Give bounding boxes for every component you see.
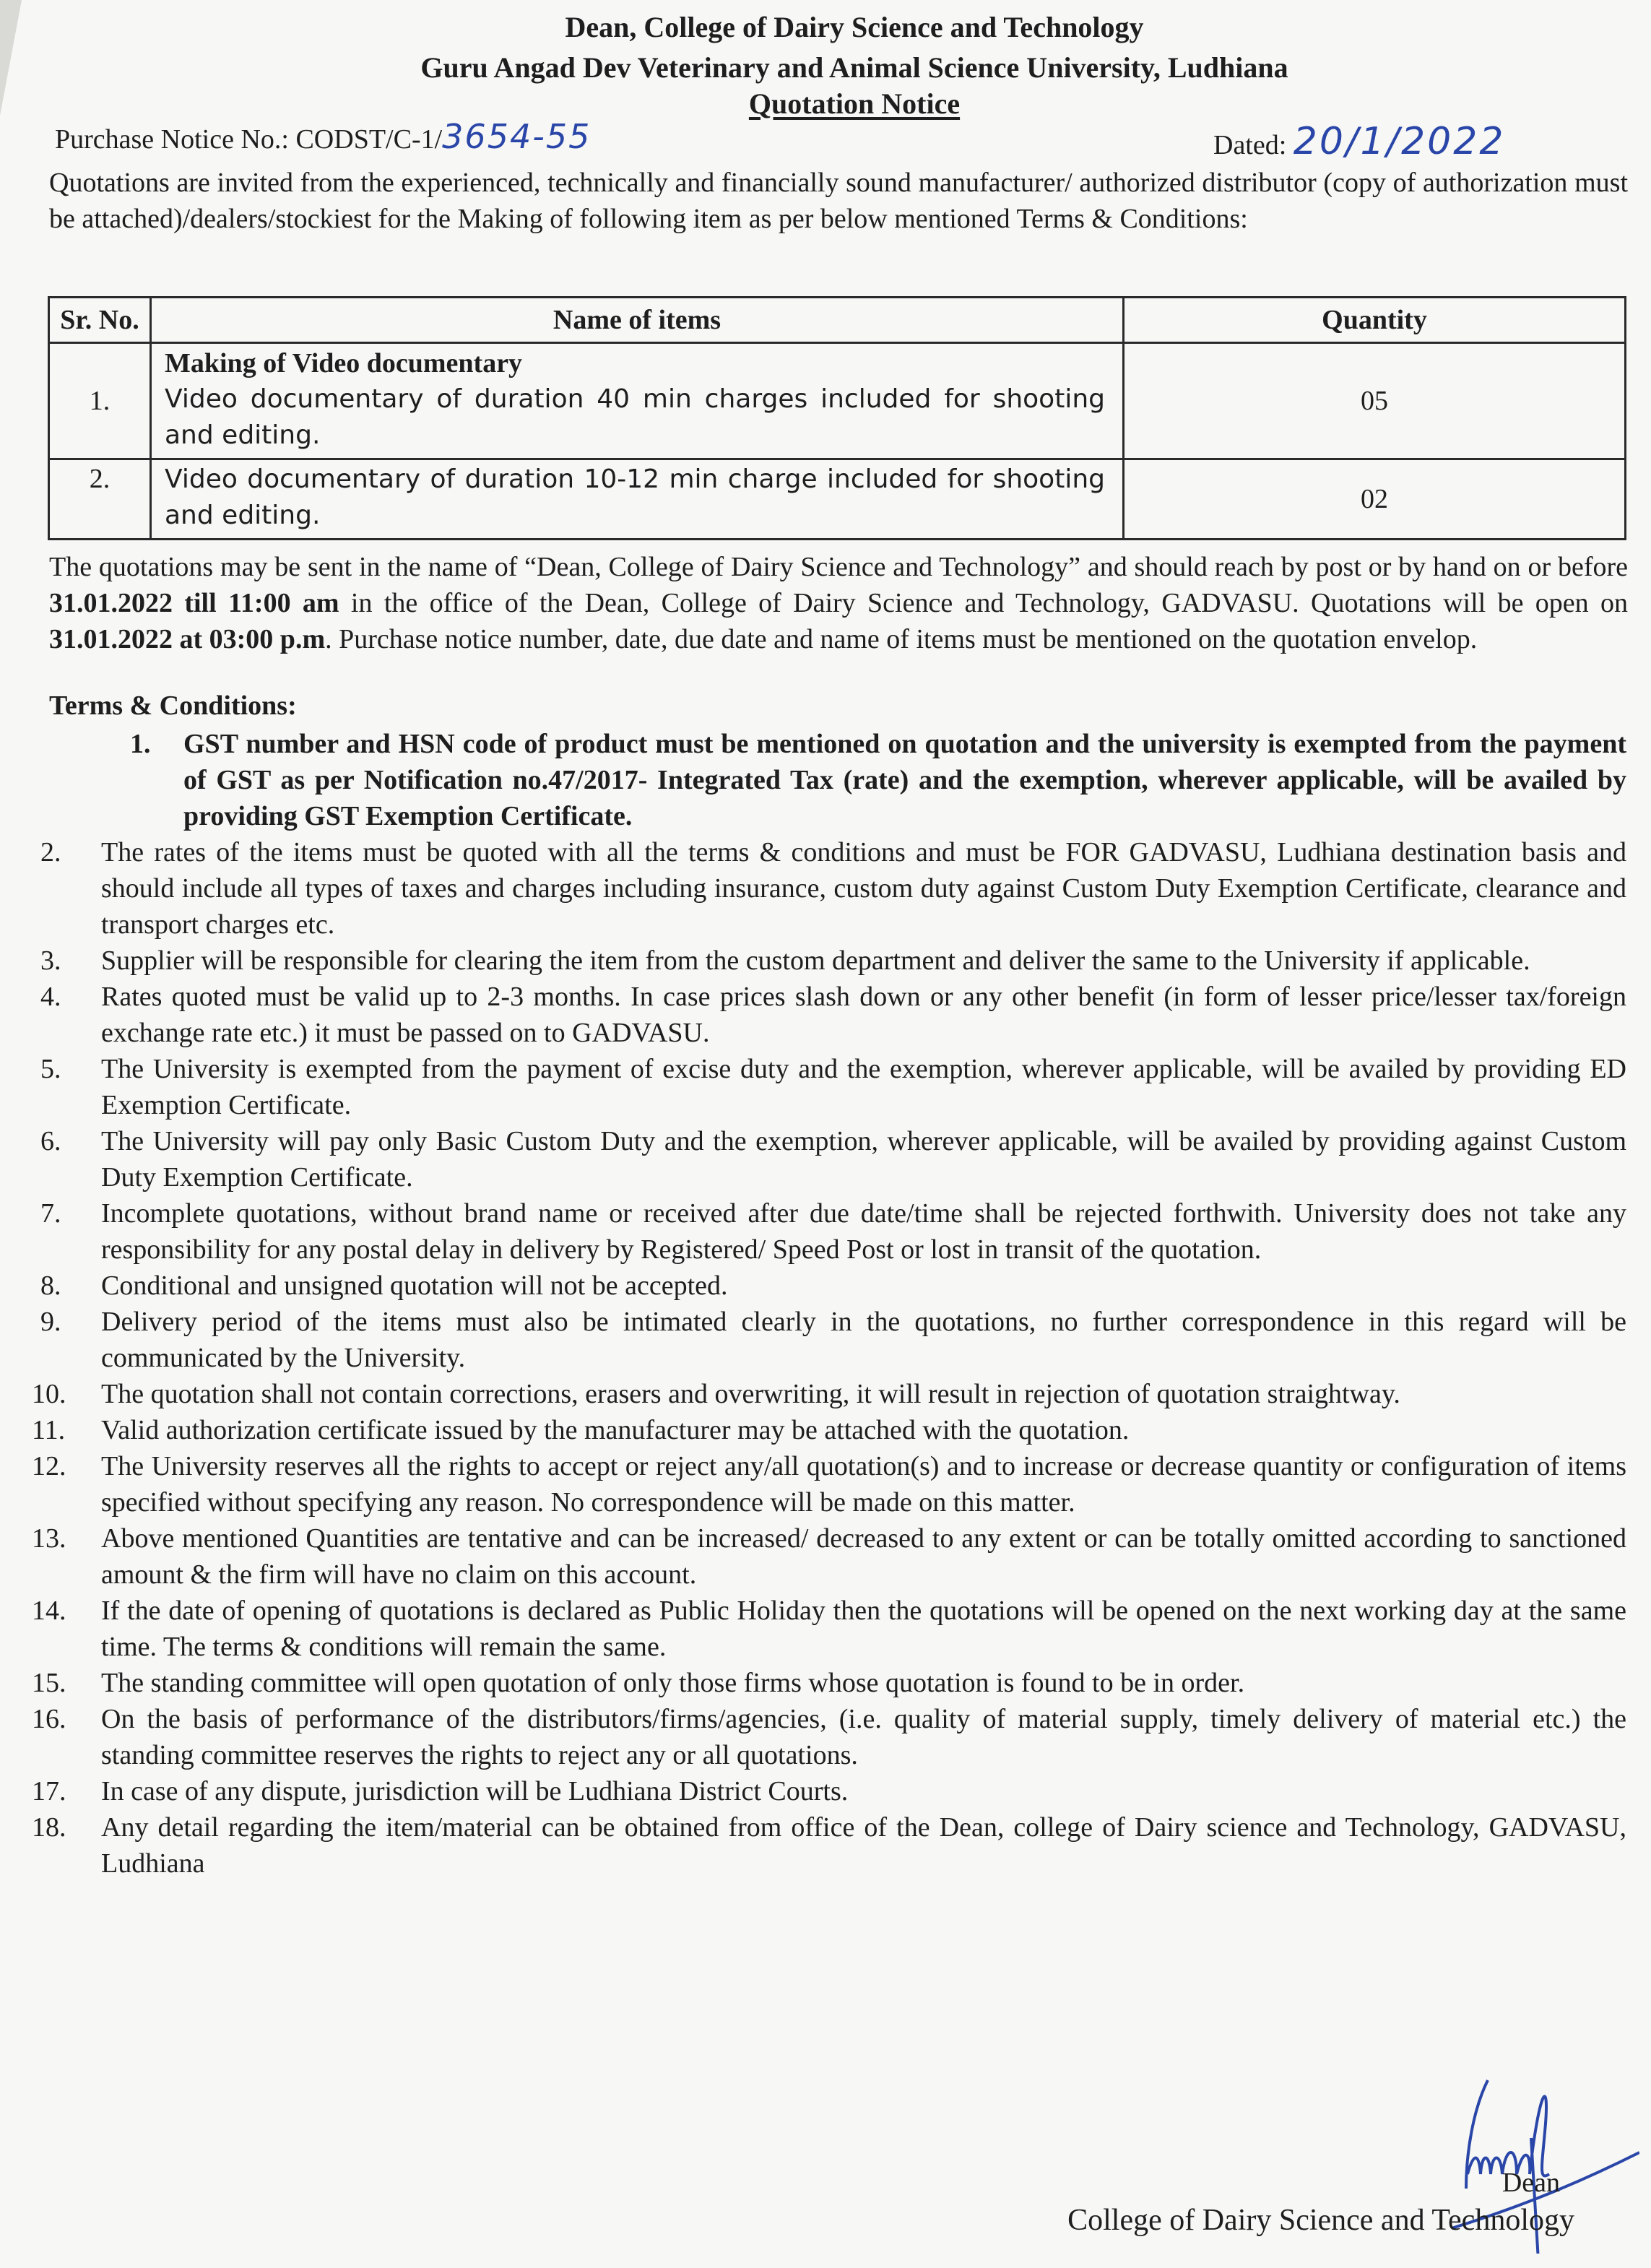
term-number: 17. [32,1773,66,1809]
term-text: Valid authorization certificate issued b… [101,1415,1129,1445]
term-number: 4. [40,979,61,1015]
term-number: 2. [40,834,61,870]
term-text: Delivery period of the items must also b… [101,1307,1626,1373]
term-text: Incomplete quotations, without brand nam… [101,1198,1626,1265]
handwritten-notice-number: 3654-55 [442,117,591,156]
term-number: 9. [40,1304,61,1340]
item-description: Video documentary of duration 40 min cha… [165,381,1105,454]
quotation-notice-page: Dean, College of Dairy Science and Techn… [0,0,1651,2268]
term-number: 8. [40,1268,61,1304]
header-name-of-items: Name of items [151,298,1124,343]
term-number: 6. [40,1123,61,1159]
notice-date: Dated: 20/1/2022 [1213,120,1505,163]
header-university-line: Guru Angad Dev Veterinary and Animal Sci… [29,51,1651,85]
term-number: 3. [40,943,61,979]
term-item: 14.If the date of opening of quotations … [0,1593,1651,1665]
term-item: 7.Incomplete quotations, without brand n… [0,1195,1651,1268]
term-text: The quotation shall not contain correcti… [101,1379,1400,1409]
term-item: 9.Delivery period of the items must also… [0,1304,1651,1376]
intro-paragraph: Quotations are invited from the experien… [49,165,1628,237]
table-header-row: Sr. No. Name of items Quantity [49,298,1626,343]
header-dean-line: Dean, College of Dairy Science and Techn… [29,10,1651,44]
term-text: The standing committee will open quotati… [101,1668,1244,1698]
term-number: 14. [32,1593,66,1629]
term-item: 4.Rates quoted must be valid up to 2-3 m… [0,979,1651,1051]
purchase-notice-label: Purchase Notice No.: CODST/C-1/ [55,124,442,155]
term-text: Conditional and unsigned quotation will … [101,1271,728,1301]
item-description: Video documentary of duration 10-12 min … [165,462,1105,534]
term-text: The University reserves all the rights t… [101,1451,1626,1518]
header-quantity: Quantity [1124,298,1626,343]
term-number: 18. [32,1809,66,1845]
term-item: 18.Any detail regarding the item/materia… [0,1809,1651,1882]
term-number: 5. [40,1051,61,1087]
term-number: 15. [32,1665,66,1701]
opening-datetime: 31.01.2022 at 03:00 p.m [49,624,325,654]
term-text: The University is exempted from the paym… [101,1054,1626,1120]
row-quantity: 05 [1124,343,1626,459]
term-text: Above mentioned Quantities are tentative… [101,1523,1626,1590]
term-text: If the date of opening of quotations is … [101,1596,1626,1662]
term-text: Any detail regarding the item/material c… [101,1812,1626,1879]
term-item: 5.The University is exempted from the pa… [0,1051,1651,1123]
row-sr-no: 2. [49,459,151,540]
signature-block: Dean College of Dairy Science and Techno… [1047,2066,1625,2261]
term-item: 12.The University reserves all the right… [0,1448,1651,1520]
term-item: 3.Supplier will be responsible for clear… [0,943,1651,979]
term-text: The University will pay only Basic Custo… [101,1126,1626,1193]
term-number: 13. [32,1520,66,1557]
term-item: 8.Conditional and unsigned quotation wil… [0,1268,1651,1304]
term-number: 12. [32,1448,66,1484]
term-number: 11. [32,1412,65,1448]
term-item: 1.GST number and HSN code of product mus… [0,726,1651,834]
term-text: GST number and HSN code of product must … [183,729,1626,831]
submission-paragraph: The quotations may be sent in the name o… [49,549,1628,657]
term-item: 13.Above mentioned Quantities are tentat… [0,1520,1651,1593]
document-title: Quotation Notice [29,87,1651,121]
term-number: 10. [32,1376,66,1412]
term-number: 7. [40,1195,61,1232]
term-item: 11.Valid authorization certificate issue… [0,1412,1651,1448]
row-sr-no: 1. [49,343,151,459]
table-row: 1. Making of Video documentary Video doc… [49,343,1626,459]
term-text: On the basis of performance of the distr… [101,1704,1626,1770]
terms-list: 1.GST number and HSN code of product mus… [0,726,1651,1882]
purchase-notice-number: Purchase Notice No.: CODST/C-1/3654-55 [55,117,591,156]
term-text: Supplier will be responsible for clearin… [101,945,1530,976]
dated-label: Dated: [1213,130,1286,160]
terms-heading: Terms & Conditions: [49,690,297,722]
row-item: Making of Video documentary Video docume… [151,343,1124,459]
term-text: Rates quoted must be valid up to 2-3 mon… [101,982,1626,1048]
term-item: 17.In case of any dispute, jurisdiction … [0,1773,1651,1809]
term-number: 1. [130,726,151,762]
handwritten-date: 20/1/2022 [1293,120,1506,163]
term-item: 15.The standing committee will open quot… [0,1665,1651,1701]
row-item: Video documentary of duration 10-12 min … [151,459,1124,540]
term-text: The rates of the items must be quoted wi… [101,837,1626,940]
scan-edge-shadow [0,0,22,116]
row-quantity: 02 [1124,459,1626,540]
signatory-designation: Dean [1502,2167,1560,2199]
term-item: 16.On the basis of performance of the di… [0,1701,1651,1773]
term-item: 2.The rates of the items must be quoted … [0,834,1651,943]
term-item: 6.The University will pay only Basic Cus… [0,1123,1651,1195]
table-row: 2. Video documentary of duration 10-12 m… [49,459,1626,540]
term-item: 10.The quotation shall not contain corre… [0,1376,1651,1412]
item-title: Making of Video documentary [165,345,1105,381]
term-number: 16. [32,1701,66,1737]
signatory-office: College of Dairy Science and Technology [1067,2203,1574,2238]
submission-deadline: 31.01.2022 till 11:00 am [49,588,339,618]
term-text: In case of any dispute, jurisdiction wil… [101,1776,848,1806]
header-sr-no: Sr. No. [49,298,151,343]
items-table: Sr. No. Name of items Quantity 1. Making… [48,296,1626,540]
